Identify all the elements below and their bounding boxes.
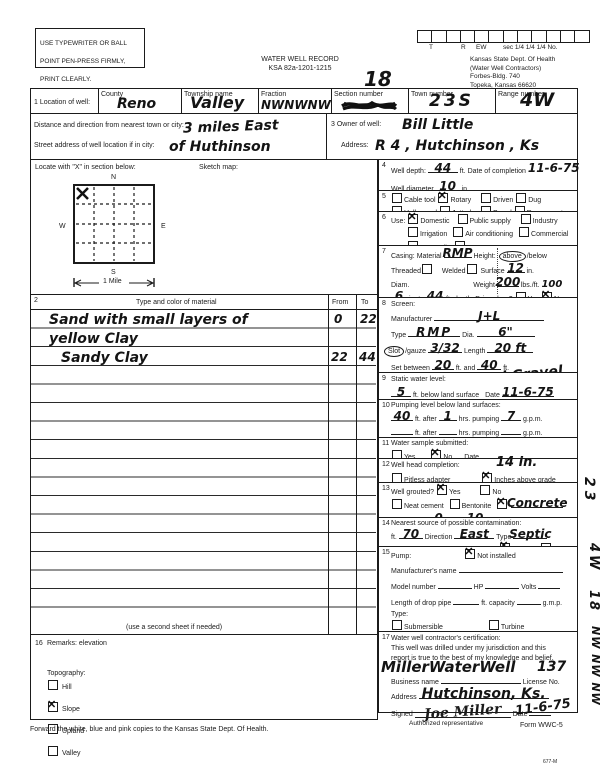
direction-value: East <box>460 530 489 539</box>
x-mark <box>77 188 88 199</box>
screen-dia-label: Dia. <box>462 332 474 339</box>
scale-label: 1 Mile <box>103 277 122 286</box>
casing-material-value: RMP <box>443 249 473 258</box>
direction-label: Direction <box>425 534 453 541</box>
compass-w: W <box>59 222 66 231</box>
capacity-unit-label: g.m.p. <box>543 600 562 607</box>
signed-field[interactable]: Joe Miller <box>415 708 511 718</box>
materials-table: 2 Type and color of material From To San… <box>30 294 378 636</box>
material-row-text: Sand with small layers of <box>49 312 248 328</box>
checkbox-dug[interactable] <box>516 193 526 203</box>
township-cell: Township name Valley <box>181 89 259 113</box>
section-10-pumping-level: 10 Pumping level below land surfaces: 40… <box>378 399 578 439</box>
s12-number: 12 <box>382 461 390 468</box>
static-date-field[interactable]: 11-6-75 <box>502 387 554 397</box>
threaded-label: Threaded <box>391 268 421 275</box>
checkbox-neat-cement[interactable] <box>392 499 402 509</box>
instruction-text: USE TYPEWRITER OR BALL POINT PEN-PRESS F… <box>40 40 127 83</box>
code-cell <box>417 30 432 43</box>
street-value: of Huthinson <box>169 139 271 155</box>
neat-cement-label: Neat cement <box>404 503 444 510</box>
checkbox-threaded[interactable] <box>422 264 432 274</box>
location-label: 1 Location of well: <box>34 98 96 107</box>
sketch-section: Locate with "X" in section below: Sketch… <box>30 159 378 295</box>
range-value: 4W <box>520 89 554 111</box>
pumping-level-label: Pumping level below land surfaces: <box>391 402 501 409</box>
height-below-option[interactable]: below <box>529 253 547 260</box>
sketch-map-label: Sketch map: <box>199 163 238 172</box>
set-mid: ft. and <box>456 365 475 372</box>
fraction-cell: Fraction NWNWNW <box>258 89 332 113</box>
cert-address-field[interactable]: Hutchinson, Ks. <box>419 689 549 699</box>
screen-manufacturer-field[interactable]: J+L <box>434 311 544 321</box>
authorized-rep-label: Authorized representative <box>409 720 483 727</box>
slot-word: Slot <box>384 346 404 357</box>
checkbox-hill[interactable] <box>48 680 58 690</box>
fraction-value: NWNWNW <box>261 98 331 112</box>
street-label: Street address of well location if in ci… <box>34 141 155 150</box>
instruction-box: USE TYPEWRITER OR BALL POINT PEN-PRESS F… <box>35 28 145 68</box>
contamination-ft-label: ft. <box>391 534 397 541</box>
s10-number: 10 <box>382 402 390 409</box>
margin-note-range: 4W <box>586 543 601 572</box>
casing-material-label: Material <box>417 253 442 260</box>
s11-number: 11 <box>382 440 389 447</box>
checkbox-public-supply[interactable] <box>458 214 468 224</box>
screen-length-value: 20 ft <box>494 344 526 353</box>
pumping-mid-label: hrs. pumping <box>459 416 499 423</box>
compass-e: E <box>161 222 166 231</box>
water-well-record-form: USE TYPEWRITER OR BALL POINT PEN-PRESS F… <box>0 0 603 776</box>
code-cell <box>503 30 518 43</box>
well-head-label: Well head completion: <box>391 462 460 469</box>
cert-address-value: Hutchinson, Ks. <box>422 690 546 699</box>
not-installed-label: Not installed <box>477 553 516 560</box>
strip-label-r: R <box>461 44 466 53</box>
to-column-line <box>356 295 357 635</box>
pumping2-gpm-field[interactable] <box>501 425 521 435</box>
owner-address-label: Address: <box>341 141 369 150</box>
materials-header-row: 2 Type and color of material From To <box>31 295 377 310</box>
driven-label: Driven <box>493 197 513 204</box>
well-depth-value: 44 <box>434 164 451 173</box>
location-row: 1 Location of well: County Reno Township… <box>30 88 578 114</box>
section-11-water-sample: 11 Water sample submitted: Yes No Date <box>378 437 578 460</box>
forward-note: Forward the white, blue and pink copies … <box>30 725 269 734</box>
remarks-section: 16 Remarks: elevation Topography: Hill S… <box>30 634 378 720</box>
form-title-block: WATER WELL RECORD KSA 82a-1201-1215 <box>230 55 370 73</box>
weight-unit: lbs./ft. <box>521 282 540 289</box>
casing-material-field[interactable]: RMP <box>444 248 472 258</box>
certification-line1: This well was drilled under my jurisdict… <box>391 645 546 652</box>
section-scribble <box>340 97 398 113</box>
static-date-value: 11-6-75 <box>502 388 554 397</box>
surface-value: 12 <box>507 264 524 273</box>
air-conditioning-label: Air conditioning <box>465 231 513 238</box>
screen-manufacturer-label: Manufacturer <box>391 316 432 323</box>
commercial-label: Commercial <box>531 231 568 238</box>
strip-label-sec: sec 1/4 1/4 1/4 No. <box>503 44 558 53</box>
certification-label: Water well contractor's certification: <box>391 635 501 642</box>
pumping-hrs-value: 1 <box>444 412 452 421</box>
casing-label: Casing: <box>391 253 415 260</box>
casing-height-label: Height: <box>474 253 496 260</box>
pump-manufacturer-label: Manufacturer's name <box>391 568 457 575</box>
material-row-to: 22 <box>360 312 377 326</box>
strip-label-t: T <box>429 44 433 53</box>
topo-hill-row: Hill <box>47 680 381 692</box>
use-label: Use: <box>391 218 405 225</box>
dept-line2: (Water Well Contractors) <box>470 65 555 74</box>
topo-slope-label: Slope <box>62 706 80 713</box>
well-depth-field[interactable]: 44 <box>428 163 458 173</box>
business-name-field[interactable] <box>441 674 521 684</box>
remarks-label: Remarks: elevation <box>47 639 107 648</box>
drop-pipe-field[interactable] <box>453 595 479 605</box>
rotary-label: Rotary <box>450 197 471 204</box>
well-depth-label: Well depth: <box>391 168 426 175</box>
screen-dia-field[interactable]: 6" <box>477 327 535 337</box>
owner-address-value: R 4 , Hutchinson , Ks <box>375 138 539 154</box>
section-17-certification: 17 Water well contractor's certification… <box>378 631 578 713</box>
owner-value: Bill Little <box>402 117 473 133</box>
margin-note-town: 23 <box>581 477 597 504</box>
form-title: WATER WELL RECORD <box>230 55 370 64</box>
set-from-field[interactable]: 20 <box>432 360 454 370</box>
s17-number: 17 <box>382 634 390 641</box>
pump-manufacturer-field[interactable] <box>459 563 563 573</box>
slot-value: 3/32 <box>430 344 459 353</box>
checkbox-air-conditioning[interactable] <box>453 227 463 237</box>
volts-label: Volts <box>521 584 536 591</box>
margin-note-fraction: NW NW NW <box>589 626 602 706</box>
hp-field[interactable] <box>485 579 519 589</box>
welded-label: Welded <box>442 268 466 275</box>
pumping-gpm-value: 7 <box>507 412 515 421</box>
checkbox-commercial[interactable] <box>519 227 529 237</box>
contamination-type-field[interactable]: Septic <box>513 529 547 539</box>
checkbox-domestic[interactable] <box>408 214 418 224</box>
code-cell <box>431 30 446 43</box>
strip-label-ew: EW <box>476 44 486 53</box>
signed-label: Signed <box>391 711 413 718</box>
model-label: Model number <box>391 584 436 591</box>
weight-value: 200 <box>495 278 520 287</box>
checkbox-rotary[interactable] <box>438 193 448 203</box>
slot-rest: /gauze <box>405 348 426 355</box>
capacity-field[interactable] <box>517 595 541 605</box>
materials-number: 2 <box>34 296 38 305</box>
remarks-number: 16 <box>35 639 43 648</box>
dept-line1: Kansas State Dept. Of Health <box>470 56 555 65</box>
s9-number: 9 <box>382 375 386 382</box>
form-statute: KSA 82a-1201-1215 <box>230 64 370 73</box>
domestic-label: Domestic <box>420 218 449 225</box>
completion-date-value: 11-6-75 <box>528 161 580 175</box>
checkbox-cable-tool[interactable] <box>392 193 402 203</box>
pumping2-hrs-field[interactable] <box>439 425 457 435</box>
checkbox-irrigation[interactable] <box>408 227 418 237</box>
section-15-pump: 15 Pump: Not installed Manufacturer's na… <box>378 546 578 633</box>
checkbox-driven[interactable] <box>481 193 491 203</box>
to-header: To <box>361 298 368 307</box>
topography-label: Topography: <box>47 669 86 678</box>
topo-hill-label: Hill <box>62 684 72 691</box>
pumping-ft-field[interactable]: 40 <box>391 411 413 421</box>
direction-field[interactable]: East <box>454 529 494 539</box>
code-cell <box>531 30 546 43</box>
material-row-from: 22 <box>331 350 348 364</box>
weight-label: Weight <box>473 282 495 289</box>
grouted-yes-label: Yes <box>449 489 460 496</box>
cable-tool-label: Cable tool <box>404 197 436 204</box>
owner-cell: 3 Owner of well: Bill Little Address: R … <box>326 114 580 159</box>
code-cell <box>488 30 503 43</box>
pumping-gpm-field[interactable]: 7 <box>501 411 521 421</box>
pump-type-label: Type: <box>391 611 408 618</box>
form-number: Form WWC-5 <box>520 721 563 730</box>
static-level-value: 5 <box>397 388 405 397</box>
pumping2-mid-label: hrs. pumping <box>459 430 499 437</box>
s5-number: 5 <box>382 193 386 200</box>
surface-field[interactable]: 12 <box>507 263 525 273</box>
dept-address: Kansas State Dept. Of Health (Water Well… <box>470 56 555 90</box>
static-level-field[interactable]: 5 <box>391 387 411 397</box>
checkbox-submersible[interactable] <box>392 620 402 630</box>
static-date-label: Date <box>485 392 500 399</box>
pumping-ft-value: 40 <box>394 412 411 421</box>
grouted-label: Well grouted? <box>391 489 434 496</box>
s15-number: 15 <box>382 549 390 556</box>
section-12-well-head: 12 Well head completion: 14 in. Pitless … <box>378 458 578 484</box>
static-level-label: Static water level: <box>391 376 446 383</box>
grout-other-value: Concrete <box>507 499 568 508</box>
county-cell: County Reno <box>98 89 182 113</box>
checkbox-welded[interactable] <box>467 264 477 274</box>
margin-note-section: 18 <box>586 590 601 612</box>
well-depth-after: ft. Date of completion <box>460 168 526 175</box>
pumping2-unit-label: g.p.m. <box>523 430 542 437</box>
topo-slope-row: Slope <box>47 702 381 714</box>
checkbox-industry[interactable] <box>521 214 531 224</box>
range-cell: Range number 4W <box>495 89 579 113</box>
owner-label: 3 Owner of well: <box>331 120 381 129</box>
set-to-field[interactable]: 40 <box>477 360 501 370</box>
code-cell <box>546 30 561 43</box>
grouted-no-label: No <box>492 489 501 496</box>
section-7-casing: 7 Casing: Material RMP Height: above/bel… <box>378 245 578 299</box>
material-row-text: yellow Clay <box>49 331 138 347</box>
from-header: From <box>332 298 348 307</box>
s8-number: 8 <box>382 300 386 307</box>
checkbox-grouted-yes[interactable] <box>437 485 447 495</box>
turbine-label: Turbine <box>501 624 524 631</box>
pumping2-after-label: ft. after <box>415 430 437 437</box>
distance-label: Distance and direction from nearest town… <box>34 121 184 130</box>
bentonite-label: Bentonite <box>462 503 492 510</box>
s7-number: 7 <box>382 248 386 255</box>
set-to-value: 40 <box>481 361 498 370</box>
county-value: Reno <box>117 96 156 112</box>
drop-mid-label: ft. capacity <box>481 600 514 607</box>
s6-number: 6 <box>382 214 386 221</box>
checkbox-bentonite[interactable] <box>450 499 460 509</box>
code-cell <box>517 30 532 43</box>
submersible-label: Submersible <box>404 624 443 631</box>
set-between-label: Set between <box>391 365 430 372</box>
screen-length-label: Length <box>464 348 485 355</box>
pumping-unit-label: g.p.m. <box>523 416 542 423</box>
material-row-to: 44 <box>359 350 376 364</box>
screen-label: Screen: <box>391 301 415 308</box>
model-field[interactable] <box>438 579 472 589</box>
volts-field[interactable] <box>538 579 560 589</box>
materials-header: Type and color of material <box>136 298 217 307</box>
checkbox-valley[interactable] <box>48 746 58 756</box>
coding-strip <box>418 30 590 43</box>
code-cell <box>560 30 575 43</box>
checkbox-slope[interactable] <box>48 702 58 712</box>
dept-line3: Forbes-Bldg. 740 <box>470 73 555 82</box>
material-row-text: Sandy Clay <box>61 350 148 366</box>
code-cell <box>460 30 475 43</box>
license-label: License No. <box>523 679 560 686</box>
industry-label: Industry <box>533 218 558 225</box>
checkbox-grout-other[interactable] <box>497 499 507 509</box>
topo-valley-row: Valley <box>47 746 381 758</box>
cert-address-label: Address <box>391 694 417 701</box>
compass-n: N <box>111 173 116 182</box>
code-cell <box>474 30 489 43</box>
section-13-grouted: 13 Well grouted? Yes No Neat cement Bent… <box>378 482 578 519</box>
from-column-line <box>328 295 329 635</box>
surface-label: Surface <box>480 268 504 275</box>
section-cell: Section number 18 <box>331 89 409 113</box>
diam-label: Diam. <box>391 282 409 289</box>
license-value: 137 <box>537 659 566 675</box>
hp-label: HP <box>474 584 484 591</box>
screen-type-label: Type <box>391 332 406 339</box>
dug-label: Dug <box>528 197 541 204</box>
screen-length-field[interactable]: 20 ft <box>487 343 533 353</box>
section-value: 18 <box>364 67 392 91</box>
contamination-type-value: Septic <box>509 530 551 539</box>
contamination-label: Nearest source of possible contamination… <box>391 520 521 527</box>
section-4-well-depth: 4 Well depth: 44 ft. Date of completion … <box>378 159 578 192</box>
pumping-hrs-field[interactable]: 1 <box>439 411 457 421</box>
well-head-value: 14 in. <box>496 458 537 467</box>
business-name-label: Business name <box>391 679 439 686</box>
screen-manufacturer-value: J+L <box>478 312 500 321</box>
town-value: 23S <box>429 91 474 111</box>
water-sample-label: Water sample submitted: <box>391 440 468 447</box>
pumping-after-label: ft. after <box>415 416 437 423</box>
locate-label: Locate with "X" in section below: <box>35 163 136 172</box>
checkbox-grouted-no[interactable] <box>480 485 490 495</box>
pump-label: Pump: <box>391 553 411 560</box>
grout-other-field[interactable]: Concrete <box>511 498 563 508</box>
pumping2-ft-field[interactable] <box>391 425 413 435</box>
checkbox-turbine[interactable] <box>489 620 499 630</box>
distance-owner-row: Distance and direction from nearest town… <box>30 113 578 160</box>
section-14-contamination: 14 Nearest source of possible contaminat… <box>378 517 578 548</box>
drop-pipe-label: Length of drop pipe <box>391 600 451 607</box>
code-cell <box>574 30 589 43</box>
signature-value: Joe Miller <box>424 705 502 719</box>
s4-number: 4 <box>382 162 386 169</box>
set-from-value: 20 <box>435 361 452 370</box>
section-8-screen: 8 Screen: Manufacturer J+L Type RMP Dia.… <box>378 297 578 374</box>
distance-value: 3 miles East <box>183 117 279 136</box>
surface-unit: in. <box>527 268 534 275</box>
s13-number: 13 <box>382 485 390 492</box>
town-cell: Town number 23S <box>408 89 496 113</box>
contamination-ft-field[interactable]: 70 <box>399 529 423 539</box>
contamination-ft-value: 70 <box>402 530 419 539</box>
section-5-construction: 5 Cable tool Rotary Driven Dug Hollow ro… <box>378 190 578 213</box>
township-value: Valley <box>190 93 244 112</box>
screen-dia-value: 6" <box>498 328 513 337</box>
irrigation-label: Irrigation <box>420 231 447 238</box>
weight-field[interactable]: 200 <box>497 277 519 287</box>
print-code: 677-M <box>543 759 557 765</box>
materials-footer: (use a second sheet if needed) <box>126 623 222 632</box>
slot-field[interactable]: 3/32 <box>428 343 462 353</box>
section-6-use: 6 Use: Domestic Public supply Industry I… <box>378 211 578 247</box>
s14-number: 14 <box>382 520 390 527</box>
section-grid <box>73 184 155 264</box>
distance-cell: Distance and direction from nearest town… <box>31 114 326 159</box>
section-9-static-level: 9 Static water level: 5 ft. below land s… <box>378 372 578 401</box>
screen-type-field[interactable]: RMP <box>408 327 460 337</box>
public-supply-label: Public supply <box>470 218 511 225</box>
code-cell <box>446 30 461 43</box>
topo-valley-label: Valley <box>62 750 81 757</box>
screen-type-value: RMP <box>416 328 452 337</box>
checkbox-not-installed[interactable] <box>465 549 475 559</box>
static-level-after: ft. below land surface <box>413 392 479 399</box>
material-row-from: 0 <box>334 312 342 326</box>
